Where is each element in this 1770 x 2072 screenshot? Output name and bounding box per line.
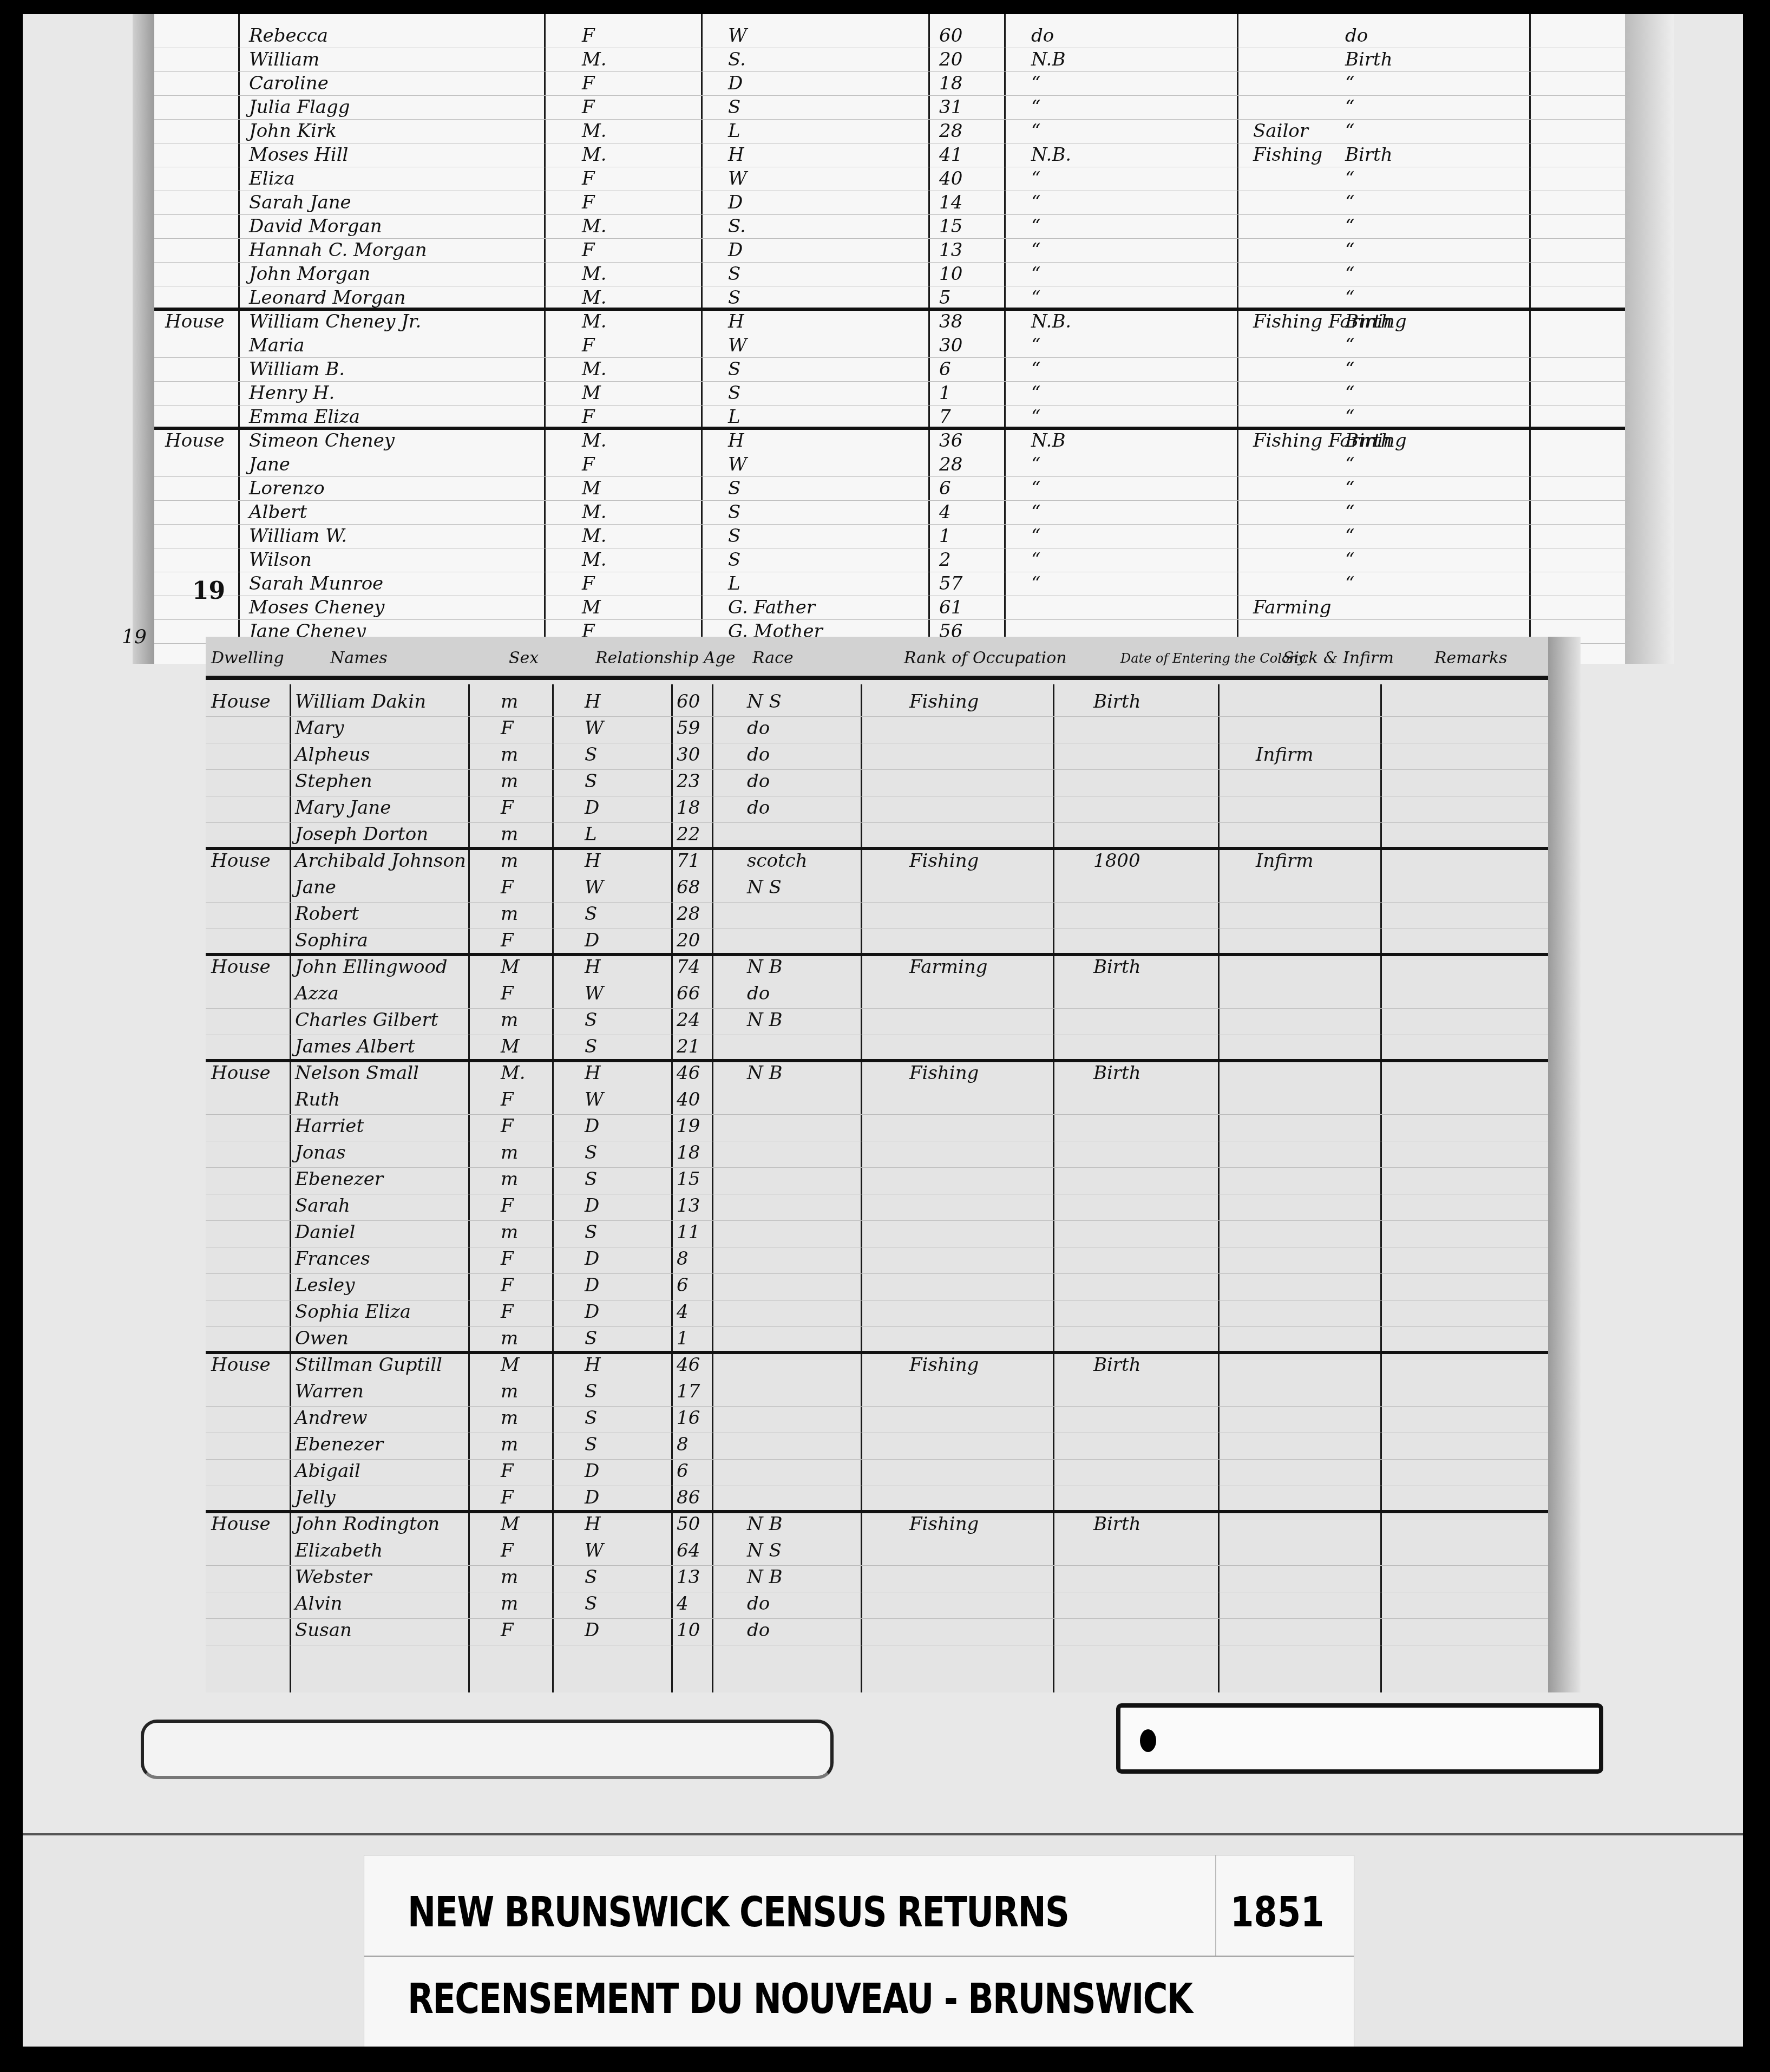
census-row: Hannah C. MorganFD13““ <box>154 239 1625 261</box>
ruled-line <box>206 1326 1548 1327</box>
cell-sex: M. <box>582 549 607 571</box>
cell-origin: N B <box>747 1062 783 1084</box>
cell-name: Harriet <box>295 1115 364 1137</box>
census-row: RebeccaFW60dodo <box>154 25 1625 47</box>
cell-sex: m <box>501 823 518 845</box>
cell-sex: F <box>582 454 595 475</box>
cell-name: Daniel <box>295 1221 355 1243</box>
cell-origin: “ <box>1031 525 1040 547</box>
cell-name: Alvin <box>295 1593 342 1615</box>
cell-sex: F <box>501 1460 514 1482</box>
cell-name: David Morgan <box>249 215 382 237</box>
cell-origin: “ <box>1031 454 1040 475</box>
census-row: Sarah MunroeFL57““ <box>154 573 1625 594</box>
cell-age: 40 <box>677 1089 700 1110</box>
cell-name: Stephen <box>295 770 372 792</box>
cell-age: 74 <box>677 956 700 978</box>
census-row: JellyFD86 <box>206 1487 1548 1508</box>
census-row: JaneFW68N S <box>206 877 1548 898</box>
census-row: Moses CheneyMG. Father61Farming <box>154 597 1625 618</box>
cell-date-entry: “ <box>1345 478 1354 499</box>
cell-sex: m <box>501 744 518 766</box>
cell-name: Rebecca <box>249 25 328 47</box>
card-divider <box>23 1833 1743 1835</box>
cell-age: 15 <box>677 1168 700 1190</box>
cell-origin: N.B <box>1031 430 1065 452</box>
cell-age: 8 <box>677 1248 689 1270</box>
ruled-line <box>154 214 1625 215</box>
cell-age: 4 <box>939 501 951 523</box>
cell-sex: F <box>582 96 595 118</box>
cell-date-entry: “ <box>1345 73 1354 94</box>
cell-dwelling: House <box>165 430 225 452</box>
cell-name: Webster <box>295 1566 372 1588</box>
cell-relationship: W <box>585 983 604 1004</box>
torn-edge-shadow <box>1548 637 1581 1692</box>
cell-sex: F <box>582 573 595 594</box>
cell-date-entry: Birth <box>1093 1513 1141 1535</box>
cell-name: Sophira <box>295 930 368 951</box>
cell-date-entry: Birth <box>1345 430 1393 452</box>
cell-origin: do <box>747 717 770 739</box>
cell-age: 46 <box>677 1062 700 1084</box>
cell-occupation: Sailor <box>1253 120 1308 142</box>
cell-name: Eliza <box>249 168 295 189</box>
cell-date-entry: “ <box>1345 358 1354 380</box>
microfilm-frame: RebeccaFW60dodoWilliamM.S.20N.BBirthCaro… <box>23 14 1743 2071</box>
ruled-line <box>206 1459 1548 1460</box>
cell-origin: N S <box>747 877 782 898</box>
cell-relationship: W <box>728 335 747 356</box>
cell-relationship: S <box>728 525 740 547</box>
census-row: HouseJohn RodingtonMH50N BFishingBirth <box>206 1513 1548 1535</box>
cell-age: 17 <box>677 1381 700 1402</box>
ruled-line <box>206 716 1548 717</box>
ruled-line <box>206 929 1548 929</box>
cell-relationship: S <box>585 744 597 766</box>
cell-date-entry: Birth <box>1093 1354 1141 1376</box>
cell-date-entry: “ <box>1345 215 1354 237</box>
cell-name: Mary Jane <box>295 797 391 819</box>
census-row: Charles GilbertmS24N B <box>206 1009 1548 1031</box>
cell-origin: “ <box>1031 263 1040 285</box>
cell-origin: do <box>747 983 770 1004</box>
cell-sex: M. <box>582 49 607 70</box>
cell-sex: M. <box>582 501 607 523</box>
cell-name: Warren <box>295 1381 364 1402</box>
cell-name: Susan <box>295 1619 352 1641</box>
ruled-line <box>206 743 1548 743</box>
cell-sex: m <box>501 1381 518 1402</box>
cell-dwelling: House <box>211 956 271 978</box>
cell-occupation: Farming <box>909 956 988 978</box>
ruled-line <box>206 1114 1548 1115</box>
cell-age: 30 <box>939 335 962 356</box>
cell-sex: M. <box>582 215 607 237</box>
cell-date-entry: Birth <box>1345 144 1393 166</box>
cell-age: 24 <box>677 1009 700 1031</box>
census-row: ElizabethFW64N S <box>206 1540 1548 1561</box>
cell-sex: M. <box>582 430 607 452</box>
cell-relationship: H <box>585 1062 601 1084</box>
cell-relationship: D <box>585 1301 599 1323</box>
cell-name: Jonas <box>295 1142 346 1164</box>
cell-age: 1 <box>939 525 951 547</box>
census-row: EbenezermS8 <box>206 1434 1548 1455</box>
census-row: OwenmS1 <box>206 1328 1548 1349</box>
cell-origin: N.B. <box>1031 144 1071 166</box>
cell-date-entry: do <box>1345 25 1368 47</box>
ruled-line <box>154 71 1625 72</box>
census-row: Sophia ElizaFD4 <box>206 1301 1548 1323</box>
cell-origin: N S <box>747 691 782 713</box>
cell-age: 2 <box>939 549 951 571</box>
cell-sex: F <box>501 1089 514 1110</box>
cell-relationship: D <box>585 1460 599 1482</box>
cell-sex: F <box>501 1274 514 1296</box>
census-row: William W.M.S1““ <box>154 525 1625 547</box>
cell-relationship: S <box>728 263 740 285</box>
cell-sex: F <box>582 168 595 189</box>
cell-age: 66 <box>677 983 700 1004</box>
census-row: LesleyFD6 <box>206 1274 1548 1296</box>
cell-origin: “ <box>1031 573 1040 594</box>
cell-sex: m <box>501 1221 518 1243</box>
cell-name: Emma Eliza <box>249 406 360 428</box>
cell-age: 1 <box>677 1328 689 1349</box>
ruled-line <box>206 1406 1548 1407</box>
cell-name: Simeon Cheney <box>249 430 395 452</box>
cell-sex: F <box>501 930 514 951</box>
cell-name: Jelly <box>295 1487 336 1508</box>
cell-sex: F <box>501 1301 514 1323</box>
cell-origin: “ <box>1031 501 1040 523</box>
census-row: LorenzoMS6““ <box>154 478 1625 499</box>
cell-age: 30 <box>677 744 700 766</box>
ruled-line <box>154 357 1625 358</box>
cell-relationship: S <box>728 96 740 118</box>
cell-relationship: S <box>585 1566 597 1588</box>
cell-age: 13 <box>939 239 962 261</box>
cell-relationship: S <box>585 1434 597 1455</box>
ruled-line <box>154 167 1625 167</box>
cell-sex: m <box>501 691 518 713</box>
cell-occupation: Fishing <box>909 1354 979 1376</box>
cell-name: John Morgan <box>249 263 370 285</box>
cell-origin: “ <box>1031 335 1040 356</box>
cell-name: Ebenezer <box>295 1434 383 1455</box>
cell-age: 23 <box>677 770 700 792</box>
cell-origin: N B <box>747 1513 783 1535</box>
census-row: SophiraFD20 <box>206 930 1548 951</box>
cell-origin: N.B. <box>1031 311 1071 332</box>
census-row: AbigailFD6 <box>206 1460 1548 1482</box>
cell-relationship: D <box>585 1619 599 1641</box>
census-row: WebstermS13N B <box>206 1566 1548 1588</box>
ruled-line <box>206 796 1548 796</box>
cell-age: 11 <box>677 1221 700 1243</box>
cell-date-entry: “ <box>1345 454 1354 475</box>
cell-relationship: S <box>728 501 740 523</box>
cell-dwelling: House <box>211 1354 271 1376</box>
cell-sex: m <box>501 1593 518 1615</box>
cell-age: 16 <box>677 1407 700 1429</box>
cell-sex: F <box>582 335 595 356</box>
cell-name: Lesley <box>295 1274 355 1296</box>
film-border <box>0 2047 1770 2072</box>
cell-origin: N B <box>747 1566 783 1588</box>
cell-relationship: W <box>585 877 604 898</box>
cell-name: Owen <box>295 1328 349 1349</box>
ruled-line <box>206 1273 1548 1274</box>
cell-age: 64 <box>677 1540 700 1561</box>
cell-relationship: D <box>728 192 743 213</box>
cell-sex: M <box>501 1354 520 1376</box>
census-row: Moses HillM.H41N.B.FishingBirth <box>154 144 1625 166</box>
title-english: NEW BRUNSWICK CENSUS RETURNS <box>408 1888 1068 1936</box>
census-row: HouseWilliam Cheney Jr.M.H38N.B.Fishing … <box>154 311 1625 332</box>
cell-sex: F <box>501 1115 514 1137</box>
cell-sex: M <box>582 478 601 499</box>
cell-name: William Dakin <box>295 691 426 713</box>
census-row: HouseArchibald JohnsonmH71scotchFishing1… <box>206 850 1548 872</box>
census-row: RuthFW40 <box>206 1089 1548 1110</box>
cell-name: Nelson Small <box>295 1062 419 1084</box>
cell-origin: “ <box>1031 168 1040 189</box>
census-row: StephenmS23do <box>206 770 1548 792</box>
title-divider <box>1215 1855 1216 1956</box>
ruled-line <box>206 769 1548 770</box>
cell-name: Sophia Eliza <box>295 1301 411 1323</box>
census-row: WilsonM.S2““ <box>154 549 1625 571</box>
cell-age: 28 <box>939 454 962 475</box>
cell-origin: “ <box>1031 192 1040 213</box>
cell-date-entry: “ <box>1345 263 1354 285</box>
torn-edge-shadow <box>133 14 154 664</box>
census-row: Sarah JaneFD14““ <box>154 192 1625 213</box>
lower-census-table: HouseWilliam DakinmH60N SFishingBirthMar… <box>206 637 1548 1692</box>
cell-relationship: S <box>585 903 597 925</box>
cell-relationship: H <box>585 1513 601 1535</box>
cell-relationship: L <box>585 823 597 845</box>
ruled-line <box>154 191 1625 191</box>
census-row: HouseSimeon CheneyM.H36N.BFishing Farmin… <box>154 430 1625 452</box>
census-row: James AlbertMS21 <box>206 1036 1548 1057</box>
census-row: ElizaFW40““ <box>154 168 1625 189</box>
ruled-line <box>154 95 1625 96</box>
census-row: CarolineFD18““ <box>154 73 1625 94</box>
cell-age: 36 <box>939 430 962 452</box>
cell-origin: “ <box>1031 549 1040 571</box>
census-row: WilliamM.S.20N.BBirth <box>154 49 1625 70</box>
cell-relationship: W <box>585 1540 604 1561</box>
census-row: John KirkM.L28“Sailor“ <box>154 120 1625 142</box>
census-row: AlvinmS4do <box>206 1593 1548 1615</box>
cell-sex: F <box>582 192 595 213</box>
ruled-line <box>206 1486 1548 1486</box>
cell-origin: “ <box>1031 382 1040 404</box>
cell-name: Azza <box>295 983 339 1004</box>
cell-dwelling: House <box>211 691 271 713</box>
census-row: William B.M.S6““ <box>154 358 1625 380</box>
ruled-line <box>206 1433 1548 1433</box>
cell-sex: m <box>501 1566 518 1588</box>
census-row: HouseWilliam DakinmH60N SFishingBirth <box>206 691 1548 713</box>
cell-relationship: S <box>585 1381 597 1402</box>
cell-occupation: Farming <box>1253 597 1332 618</box>
cell-age: 6 <box>677 1460 689 1482</box>
census-row: AndrewmS16 <box>206 1407 1548 1429</box>
cell-name: John Rodington <box>295 1513 440 1535</box>
ruled-line <box>206 1592 1548 1592</box>
cell-date-entry: Birth <box>1093 956 1141 978</box>
cell-date-entry: “ <box>1345 525 1354 547</box>
cell-age: 21 <box>677 1036 700 1057</box>
cell-name: Maria <box>249 335 304 356</box>
cell-sex: m <box>501 1328 518 1349</box>
cell-relationship: L <box>728 120 740 142</box>
cell-relationship: D <box>585 797 599 819</box>
cell-name: Sarah <box>295 1195 350 1217</box>
cell-sex: m <box>501 903 518 925</box>
cell-relationship: S <box>585 1407 597 1429</box>
ruled-line <box>154 381 1625 382</box>
cell-age: 18 <box>677 797 700 819</box>
cell-sex: M <box>501 1036 520 1057</box>
cell-origin: N.B <box>1031 49 1065 70</box>
cell-relationship: S <box>728 549 740 571</box>
cell-name: Jane <box>295 877 336 898</box>
cell-sex: m <box>501 850 518 872</box>
cell-name: Charles Gilbert <box>295 1009 438 1031</box>
cell-name: Robert <box>295 903 359 925</box>
cell-age: 22 <box>677 823 700 845</box>
cell-date-entry: “ <box>1345 573 1354 594</box>
cell-age: 1 <box>939 382 951 404</box>
cell-sex: m <box>501 1142 518 1164</box>
cell-age: 71 <box>677 850 700 872</box>
ruled-line <box>154 262 1625 263</box>
cell-age: 18 <box>939 73 962 94</box>
cell-name: James Albert <box>295 1036 415 1057</box>
cell-sex: M. <box>582 144 607 166</box>
cell-name: Sarah Munroe <box>249 573 383 594</box>
ruled-line <box>206 1300 1548 1300</box>
cell-age: 13 <box>677 1566 700 1588</box>
cell-age: 40 <box>939 168 962 189</box>
cell-relationship: W <box>728 25 747 47</box>
cell-sex: F <box>501 797 514 819</box>
cell-relationship: S <box>585 770 597 792</box>
cell-age: 4 <box>677 1593 689 1615</box>
cell-age: 20 <box>939 49 962 70</box>
cell-origin: do <box>747 1619 770 1641</box>
cell-date-entry: “ <box>1345 287 1354 309</box>
title-french: RECENSEMENT DU NOUVEAU - BRUNSWICK <box>408 1975 1192 2023</box>
cell-relationship: W <box>728 454 747 475</box>
cell-name: Moses Hill <box>249 144 348 166</box>
cell-date-entry: 1800 <box>1093 850 1140 872</box>
census-row: EbenezermS15 <box>206 1168 1548 1190</box>
cell-relationship: H <box>585 850 601 872</box>
title-divider <box>364 1956 1354 1957</box>
cell-sex: M. <box>501 1062 526 1084</box>
cell-name: Lorenzo <box>249 478 325 499</box>
cell-sex: m <box>501 1009 518 1031</box>
cell-relationship: D <box>585 930 599 951</box>
cell-relationship: G. Father <box>728 597 815 618</box>
census-row: Emma ElizaFL7““ <box>154 406 1625 428</box>
ruled-line <box>154 405 1625 406</box>
ruled-line <box>206 1194 1548 1194</box>
cell-origin: N B <box>747 1009 783 1031</box>
cell-relationship: S <box>585 1009 597 1031</box>
cell-age: 59 <box>677 717 700 739</box>
ruled-line <box>206 1008 1548 1009</box>
census-row: Henry H.MS1““ <box>154 382 1625 404</box>
ruled-line <box>206 1167 1548 1168</box>
title-year: 1851 <box>1230 1888 1324 1936</box>
cell-name: John Kirk <box>249 120 337 142</box>
cell-name: Moses Cheney <box>249 597 384 618</box>
cell-name: Elizabeth <box>295 1540 383 1561</box>
census-row: John MorganM.S10““ <box>154 263 1625 285</box>
cell-sex: F <box>501 877 514 898</box>
cell-sex: m <box>501 1434 518 1455</box>
cell-origin: “ <box>1031 358 1040 380</box>
cell-relationship: H <box>728 144 744 166</box>
cell-age: 10 <box>677 1619 700 1641</box>
ruled-line <box>154 143 1625 143</box>
cell-relationship: D <box>585 1115 599 1137</box>
cell-occupation: Fishing <box>909 850 979 872</box>
cell-relationship: D <box>585 1195 599 1217</box>
cell-date-entry: “ <box>1345 168 1354 189</box>
ruled-line <box>206 1035 1548 1035</box>
cell-origin: “ <box>1031 96 1040 118</box>
ruled-line <box>154 596 1625 596</box>
cell-sex: F <box>582 406 595 428</box>
cell-sex: F <box>582 73 595 94</box>
cell-name: Archibald Johnson <box>295 850 466 872</box>
cell-origin: “ <box>1031 478 1040 499</box>
census-row: Mary JaneFD18do <box>206 797 1548 819</box>
cell-origin: “ <box>1031 215 1040 237</box>
cell-relationship: H <box>728 311 744 332</box>
cell-name: Albert <box>249 501 307 523</box>
cell-sex: F <box>501 717 514 739</box>
cell-name: Ebenezer <box>295 1168 383 1190</box>
cell-sex: F <box>501 1540 514 1561</box>
cell-sex: M. <box>582 263 607 285</box>
cell-relationship: S <box>728 478 740 499</box>
cell-origin: do <box>747 770 770 792</box>
cell-origin: do <box>747 744 770 766</box>
handwritten-page-number: 19 <box>122 626 147 648</box>
cell-relationship: S <box>585 1221 597 1243</box>
cell-age: 6 <box>939 478 951 499</box>
cell-age: 60 <box>677 691 700 713</box>
cell-origin: do <box>1031 25 1054 47</box>
cell-age: 19 <box>677 1115 700 1137</box>
cell-relationship: S <box>585 1168 597 1190</box>
ruled-line <box>154 476 1625 477</box>
census-row: AlbertM.S4““ <box>154 501 1625 523</box>
cell-age: 68 <box>677 877 700 898</box>
cell-name: Alpheus <box>295 744 370 766</box>
cell-sex: M. <box>582 287 607 309</box>
ruled-line <box>154 548 1625 548</box>
